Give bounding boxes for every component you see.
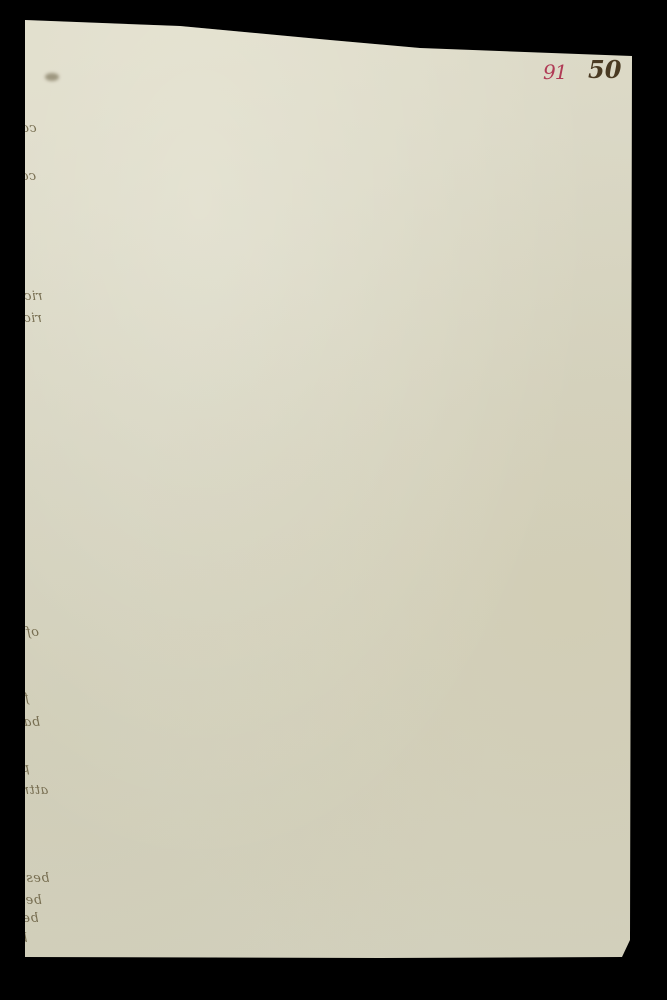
manuscript-line: impiere bbox=[0, 825, 4, 840]
manuscript-line: bestemmiare . bbox=[0, 871, 49, 886]
ink-stain bbox=[45, 73, 59, 81]
manuscript-line: abannare . bbox=[0, 331, 25, 346]
manuscript-line: ofuscamento bbox=[0, 625, 38, 640]
manuscript-line: ricomunicato bbox=[0, 311, 41, 326]
manuscript-line: bestemiabile bbox=[0, 911, 39, 926]
manuscript-line: cogitabile bbox=[0, 145, 19, 160]
manuscript-line: cavigliare bbox=[0, 195, 19, 210]
manuscript-line: o fulcimo bbox=[0, 94, 15, 109]
manuscript-line: cogitabundo bbox=[0, 169, 36, 184]
manuscript-line: vefinire bbox=[0, 517, 4, 532]
manuscript-line: bestemiatore bbox=[0, 893, 41, 908]
manuscript-line: folfinire bbox=[0, 493, 6, 508]
folio-number-ink: 50 bbox=[588, 55, 621, 84]
manuscript-line: attrabecanto . bbox=[0, 783, 48, 798]
manuscript-line: bestemiare bbox=[0, 931, 28, 946]
manuscript-line: ablicamo . bbox=[0, 358, 22, 373]
manuscript-line: folpiare bbox=[0, 447, 4, 462]
manuscript-line: formicare bbox=[0, 473, 18, 488]
manuscript-line: ambedue . bbox=[0, 583, 22, 598]
manuscript-line: cogitamento bbox=[0, 121, 36, 136]
folio-number-red: 91 bbox=[543, 60, 566, 84]
manuscript-line: impinnare bbox=[0, 849, 21, 864]
manuscript-line: filmpretore bbox=[0, 691, 29, 706]
manuscript-line: inmoreare bbox=[0, 805, 22, 820]
manuscript-line: ricomunicare bbox=[0, 289, 42, 304]
manuscript-line: protrerrere bbox=[0, 761, 30, 776]
manuscript-line: prerompo bbox=[0, 737, 18, 752]
manuscript-line: amorfano . bbox=[0, 562, 25, 577]
manuscript-line: falcipata bbox=[0, 669, 11, 684]
manuscript-line: banchettomo bbox=[0, 715, 41, 730]
manuscript-page: 91 50 o fulcimocogitamentocogitabilecogi… bbox=[0, 0, 667, 1000]
manuscript-line: ambito . bbox=[0, 541, 7, 556]
manuscript-line: ove mare bbox=[0, 605, 14, 620]
